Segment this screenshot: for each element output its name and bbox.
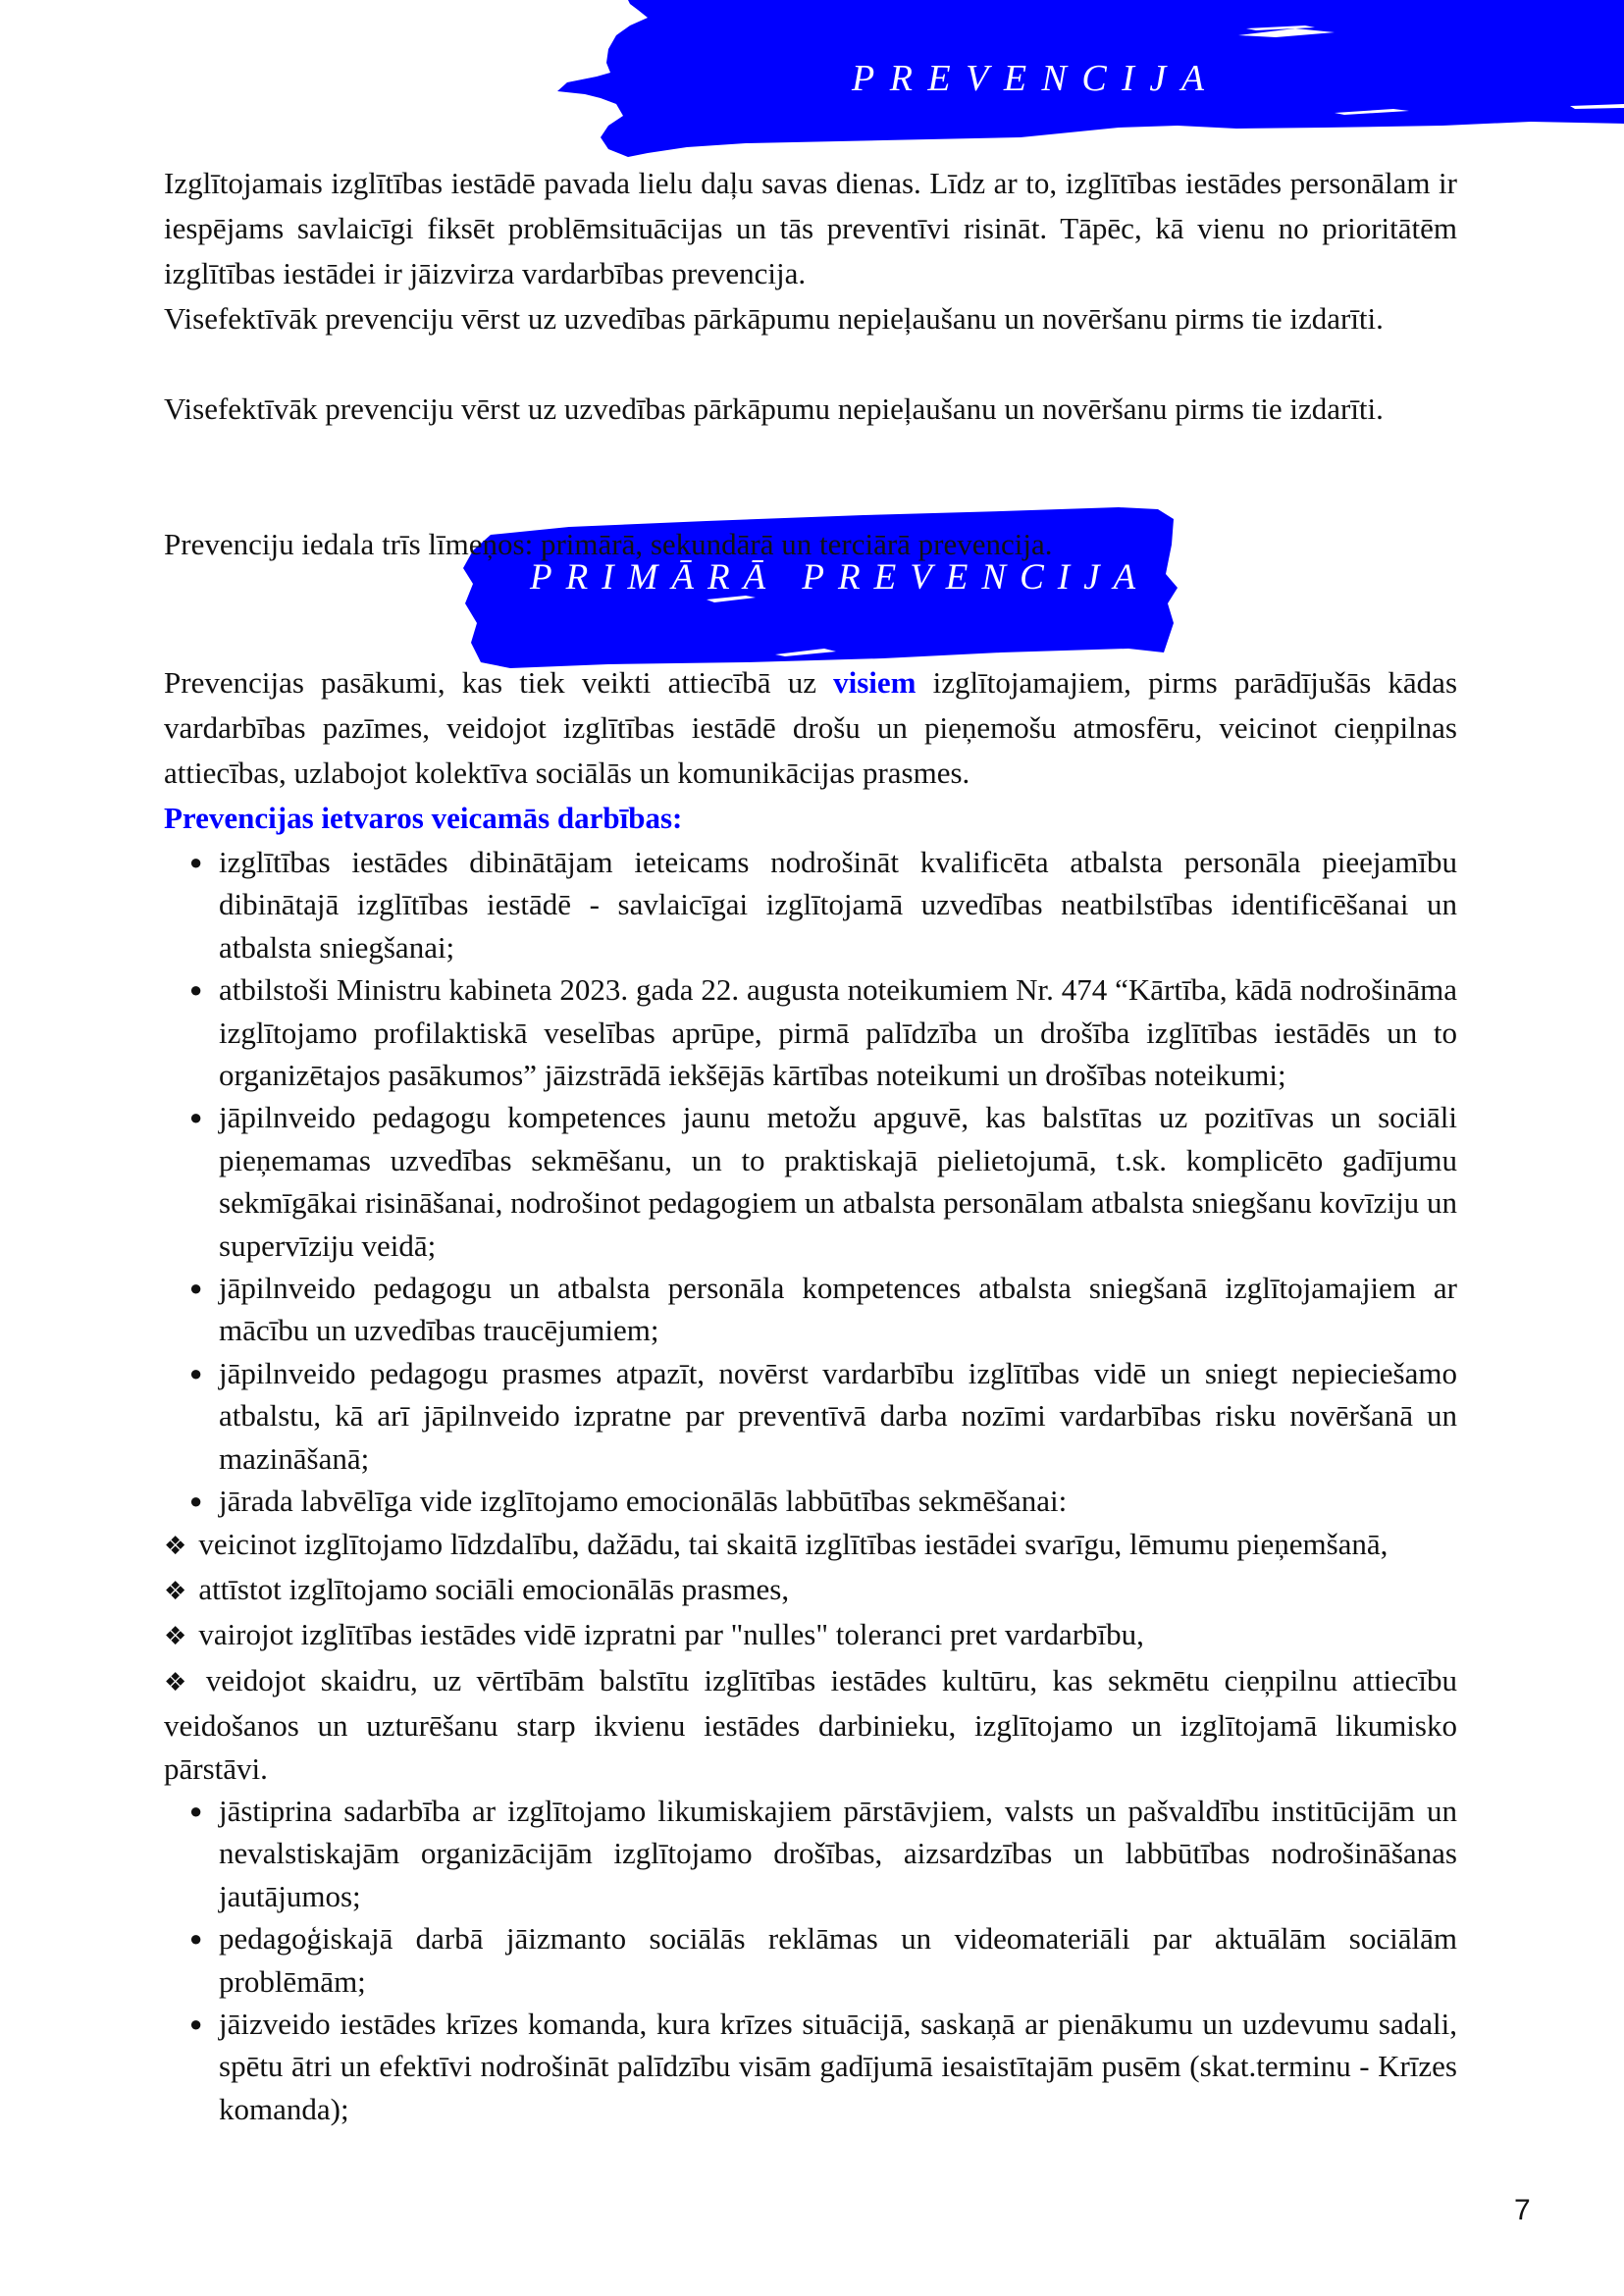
bullet-dot-icon: ● xyxy=(189,1917,202,1959)
four-diamonds-icon: ❖ xyxy=(164,1577,186,1606)
section-banner-title: PRIMĀRĀ PREVENCIJA xyxy=(530,556,1149,599)
sub-item: ❖vairojot izglītības iestādes vidē izpra… xyxy=(164,1613,1457,1658)
header-banner-title: PREVENCIJA xyxy=(852,57,1219,100)
bullet-dot-icon: ● xyxy=(189,968,202,1011)
intro-paragraph-1: Izglītojamais izglītības iestādē pavada … xyxy=(164,161,1457,296)
bullet-dot-icon: ● xyxy=(189,1480,202,1522)
intro-section: Izglītojamais izglītības iestādē pavada … xyxy=(164,161,1457,432)
primary-description-text: Prevencijas pasākumi, kas tiek veikti at… xyxy=(164,660,1457,796)
list-item: ●jāpilnveido pedagogu kompetences jaunu … xyxy=(219,1096,1457,1267)
list-item: ●jāpilnveido pedagogu un atbalsta person… xyxy=(219,1267,1457,1352)
page-number: 7 xyxy=(1514,2194,1531,2227)
bullet-dot-icon: ● xyxy=(189,1096,202,1138)
actions-list: ●izglītības iestādes dibinātājam ieteica… xyxy=(164,841,1457,2130)
list-item: ●izglītības iestādes dibinātājam ieteica… xyxy=(219,841,1457,968)
bullet-dot-icon: ● xyxy=(189,1352,202,1394)
bullet-dot-icon: ● xyxy=(189,1790,202,1832)
primary-description: Prevencijas pasākumi, kas tiek veikti at… xyxy=(164,660,1457,841)
sub-item: ❖attīstot izglītojamo sociāli emocionālā… xyxy=(164,1568,1457,1613)
list-item: ●jāstiprina sadarbība ar izglītojamo lik… xyxy=(219,1790,1457,1917)
bullet-list-b: ●jāstiprina sadarbība ar izglītojamo lik… xyxy=(164,1790,1457,2130)
intro-paragraph-3: Visefektīvāk prevenciju vērst uz uzvedīb… xyxy=(164,387,1457,432)
list-item: ●jāpilnveido pedagogu prasmes atpazīt, n… xyxy=(219,1352,1457,1480)
sub-item: ❖veicinot izglītojamo līdzdalību, dažādu… xyxy=(164,1523,1457,1568)
sub-item: ❖veidojot skaidru, uz vērtībām balstītu … xyxy=(164,1659,1457,1790)
list-item: ●atbilstoši Ministru kabineta 2023. gada… xyxy=(219,968,1457,1096)
four-diamonds-icon: ❖ xyxy=(164,1668,194,1697)
four-diamonds-icon: ❖ xyxy=(164,1622,186,1651)
bullet-dot-icon: ● xyxy=(189,2003,202,2045)
header-brush-banner xyxy=(0,0,1624,172)
list-item: ●jārada labvēlīga vide izglītojamo emoci… xyxy=(219,1480,1457,1522)
list-item: ●pedagoģiskajā darbā jāizmanto sociālās … xyxy=(219,1917,1457,2003)
intro-paragraph-2: Visefektīvāk prevenciju vērst uz uzvedīb… xyxy=(164,296,1457,341)
actions-heading: Prevencijas ietvaros veicamās darbības: xyxy=(164,796,1457,841)
four-diamonds-icon: ❖ xyxy=(164,1532,186,1561)
bullet-list-a: ●izglītības iestādes dibinātājam ieteica… xyxy=(164,841,1457,1523)
list-item: ●jāizveido iestādes krīzes komanda, kura… xyxy=(219,2003,1457,2130)
bullet-dot-icon: ● xyxy=(189,1267,202,1309)
bullet-dot-icon: ● xyxy=(189,841,202,883)
